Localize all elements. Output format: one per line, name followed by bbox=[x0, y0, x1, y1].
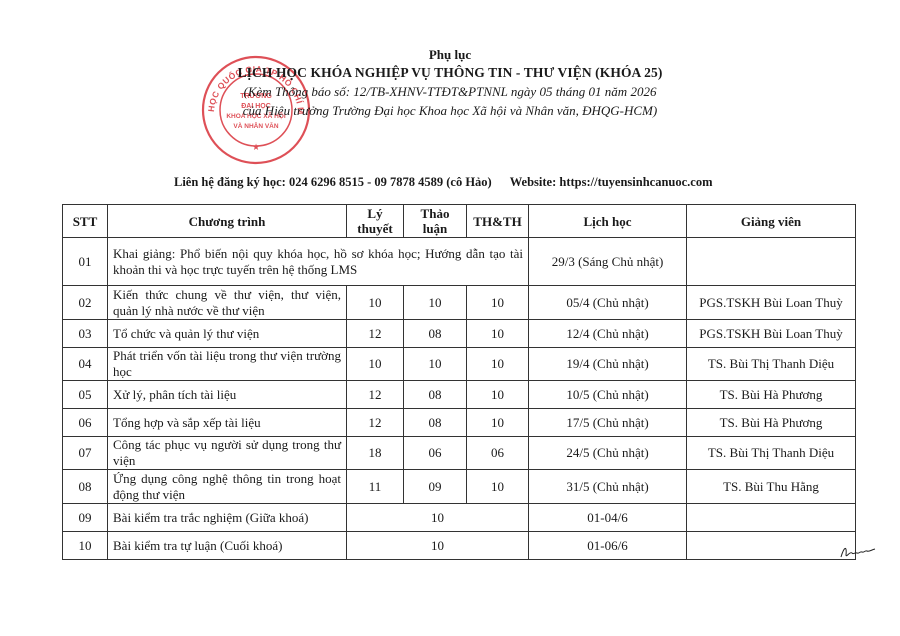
cell-lecturer bbox=[687, 238, 856, 286]
table-row: 03 Tổ chức và quản lý thư viện 12 08 10 … bbox=[63, 320, 856, 348]
cell-theory: 12 bbox=[347, 381, 404, 409]
cell-discussion: 10 bbox=[404, 348, 467, 381]
cell-lecturer bbox=[687, 504, 856, 532]
cell-program: Công tác phục vụ người sử dụng trong thư… bbox=[108, 437, 347, 470]
table-row: 04 Phát triển vốn tài liệu trong thư việ… bbox=[63, 348, 856, 381]
schedule-table: STT Chương trình Lý thuyết Thảo luận TH&… bbox=[62, 204, 856, 560]
cell-program: Tổ chức và quản lý thư viện bbox=[108, 320, 347, 348]
table-row: 01 Khai giảng: Phổ biến nội quy khóa học… bbox=[63, 238, 856, 286]
cell-hours-total: 10 bbox=[347, 504, 529, 532]
header-theory: Lý thuyết bbox=[347, 205, 404, 238]
website-link[interactable]: Website: https://tuyensinhcanuoc.com bbox=[510, 175, 713, 189]
header-discussion: Thảo luận bbox=[404, 205, 467, 238]
cell-practice: 06 bbox=[467, 437, 529, 470]
cell-program: Khai giảng: Phổ biến nội quy khóa học, h… bbox=[108, 238, 529, 286]
document-title: LỊCH HỌC KHÓA NGHIỆP VỤ THÔNG TIN - THƯ … bbox=[0, 64, 900, 82]
cell-discussion: 08 bbox=[404, 381, 467, 409]
cell-discussion: 08 bbox=[404, 320, 467, 348]
cell-program: Bài kiểm tra trắc nghiệm (Giữa khoá) bbox=[108, 504, 347, 532]
cell-schedule: 12/4 (Chủ nhật) bbox=[529, 320, 687, 348]
cell-practice: 10 bbox=[467, 381, 529, 409]
cell-stt: 01 bbox=[63, 238, 108, 286]
cell-lecturer bbox=[687, 532, 856, 560]
cell-stt: 08 bbox=[63, 470, 108, 504]
cell-theory: 12 bbox=[347, 320, 404, 348]
cell-stt: 05 bbox=[63, 381, 108, 409]
contact-line: Liên hệ đăng ký học: 024 6296 8515 - 09 … bbox=[174, 175, 713, 190]
cell-stt: 06 bbox=[63, 409, 108, 437]
cell-lecturer: PGS.TSKH Bùi Loan Thuỳ bbox=[687, 320, 856, 348]
cell-schedule: 05/4 (Chủ nhật) bbox=[529, 286, 687, 320]
document-header: Phụ lục LỊCH HỌC KHÓA NGHIỆP VỤ THÔNG TI… bbox=[0, 46, 900, 120]
cell-theory: 12 bbox=[347, 409, 404, 437]
document-subtitle-line1: (Kèm Thông báo số: 12/TB-XHNV-TTĐT&PTNNL… bbox=[0, 82, 900, 101]
cell-program: Ứng dụng công nghệ thông tin trong hoạt … bbox=[108, 470, 347, 504]
cell-stt: 10 bbox=[63, 532, 108, 560]
cell-lecturer: TS. Bùi Thu Hằng bbox=[687, 470, 856, 504]
cell-theory: 10 bbox=[347, 348, 404, 381]
header-lecturer: Giảng viên bbox=[687, 205, 856, 238]
cell-discussion: 08 bbox=[404, 409, 467, 437]
cell-lecturer: TS. Bùi Thị Thanh Diệu bbox=[687, 437, 856, 470]
table-row: 06 Tổng hợp và sắp xếp tài liệu 12 08 10… bbox=[63, 409, 856, 437]
cell-practice: 10 bbox=[467, 286, 529, 320]
cell-stt: 07 bbox=[63, 437, 108, 470]
cell-stt: 02 bbox=[63, 286, 108, 320]
table-row: 09 Bài kiểm tra trắc nghiệm (Giữa khoá) … bbox=[63, 504, 856, 532]
header-practice: TH&TH bbox=[467, 205, 529, 238]
header-schedule: Lịch học bbox=[529, 205, 687, 238]
table-row: 08 Ứng dụng công nghệ thông tin trong ho… bbox=[63, 470, 856, 504]
cell-practice: 10 bbox=[467, 320, 529, 348]
cell-program: Phát triển vốn tài liệu trong thư viện t… bbox=[108, 348, 347, 381]
cell-practice: 10 bbox=[467, 348, 529, 381]
cell-schedule: 24/5 (Chủ nhật) bbox=[529, 437, 687, 470]
cell-theory: 18 bbox=[347, 437, 404, 470]
table-header-row: STT Chương trình Lý thuyết Thảo luận TH&… bbox=[63, 205, 856, 238]
table-row: 02 Kiến thức chung về thư viện, thư viện… bbox=[63, 286, 856, 320]
cell-schedule: 31/5 (Chủ nhật) bbox=[529, 470, 687, 504]
cell-hours-total: 10 bbox=[347, 532, 529, 560]
cell-lecturer: TS. Bùi Hà Phương bbox=[687, 381, 856, 409]
svg-text:★: ★ bbox=[252, 142, 260, 152]
cell-schedule: 10/5 (Chủ nhật) bbox=[529, 381, 687, 409]
handwritten-signature-icon bbox=[838, 541, 878, 561]
cell-lecturer: TS. Bùi Thị Thanh Diệu bbox=[687, 348, 856, 381]
cell-stt: 03 bbox=[63, 320, 108, 348]
cell-theory: 10 bbox=[347, 286, 404, 320]
cell-program: Tổng hợp và sắp xếp tài liệu bbox=[108, 409, 347, 437]
cell-theory: 11 bbox=[347, 470, 404, 504]
cell-program: Kiến thức chung về thư viện, thư viện, q… bbox=[108, 286, 347, 320]
appendix-label: Phụ lục bbox=[0, 46, 900, 64]
cell-schedule: 01-04/6 bbox=[529, 504, 687, 532]
cell-stt: 04 bbox=[63, 348, 108, 381]
cell-practice: 10 bbox=[467, 409, 529, 437]
table-row: 05 Xử lý, phân tích tài liệu 12 08 10 10… bbox=[63, 381, 856, 409]
document-subtitle-line2: của Hiệu trưởng Trường Đại học Khoa học … bbox=[0, 101, 900, 120]
header-stt: STT bbox=[63, 205, 108, 238]
cell-schedule: 19/4 (Chủ nhật) bbox=[529, 348, 687, 381]
cell-discussion: 10 bbox=[404, 286, 467, 320]
cell-lecturer: TS. Bùi Hà Phương bbox=[687, 409, 856, 437]
cell-discussion: 06 bbox=[404, 437, 467, 470]
cell-practice: 10 bbox=[467, 470, 529, 504]
header-program: Chương trình bbox=[108, 205, 347, 238]
svg-text:VÀ NHÂN VĂN: VÀ NHÂN VĂN bbox=[233, 121, 278, 130]
cell-schedule: 17/5 (Chủ nhật) bbox=[529, 409, 687, 437]
cell-discussion: 09 bbox=[404, 470, 467, 504]
cell-program: Bài kiểm tra tự luận (Cuối khoá) bbox=[108, 532, 347, 560]
table-row: 10 Bài kiểm tra tự luận (Cuối khoá) 10 0… bbox=[63, 532, 856, 560]
cell-schedule: 01-06/6 bbox=[529, 532, 687, 560]
cell-stt: 09 bbox=[63, 504, 108, 532]
cell-schedule: 29/3 (Sáng Chủ nhật) bbox=[529, 238, 687, 286]
table-row: 07 Công tác phục vụ người sử dụng trong … bbox=[63, 437, 856, 470]
contact-phone: Liên hệ đăng ký học: 024 6296 8515 - 09 … bbox=[174, 175, 492, 189]
cell-program: Xử lý, phân tích tài liệu bbox=[108, 381, 347, 409]
cell-lecturer: PGS.TSKH Bùi Loan Thuỳ bbox=[687, 286, 856, 320]
